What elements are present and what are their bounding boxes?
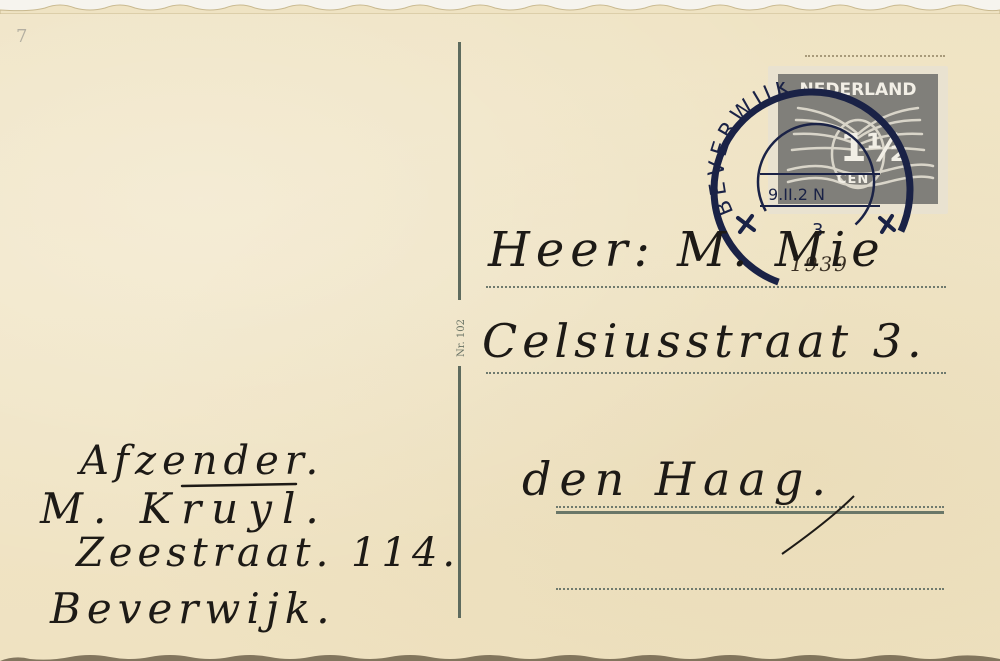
sender-city: Beverwijk.	[50, 584, 336, 633]
center-divider-top	[458, 42, 461, 300]
postage-stamp: NEDERLAND 1½ CENT	[768, 66, 948, 214]
recipient-line-1: Heer: M. Mie	[488, 222, 886, 278]
recipient-line-2: Celsiusstraat 3.	[482, 314, 927, 368]
stamp-value: 1½	[840, 126, 876, 170]
center-divider-bottom	[458, 366, 461, 618]
stamp-unit: CENT	[778, 172, 938, 187]
postcard-back: 7 Nr. 102 NEDE	[0, 0, 1000, 661]
stamp-country: NEDERLAND	[778, 80, 938, 100]
address-line-2	[486, 372, 946, 374]
address-line-4	[556, 588, 944, 590]
address-line-1	[486, 286, 946, 288]
recipient-line-3: den Haag.	[522, 452, 834, 506]
print-number: Nr. 102	[441, 323, 481, 353]
corner-pencil-mark: 7	[16, 26, 30, 56]
scalloped-top-edge	[0, 0, 1000, 14]
scalloped-bottom-edge	[0, 653, 1000, 661]
stamp-design: NEDERLAND 1½ CENT	[778, 74, 938, 204]
sender-street: Zeestraat. 114.	[76, 530, 460, 576]
sender-label: Afzender.	[80, 438, 324, 484]
address-line-3-underline	[556, 511, 944, 514]
address-line-3	[556, 506, 944, 508]
sender-name: M. Kruyl.	[40, 484, 329, 533]
